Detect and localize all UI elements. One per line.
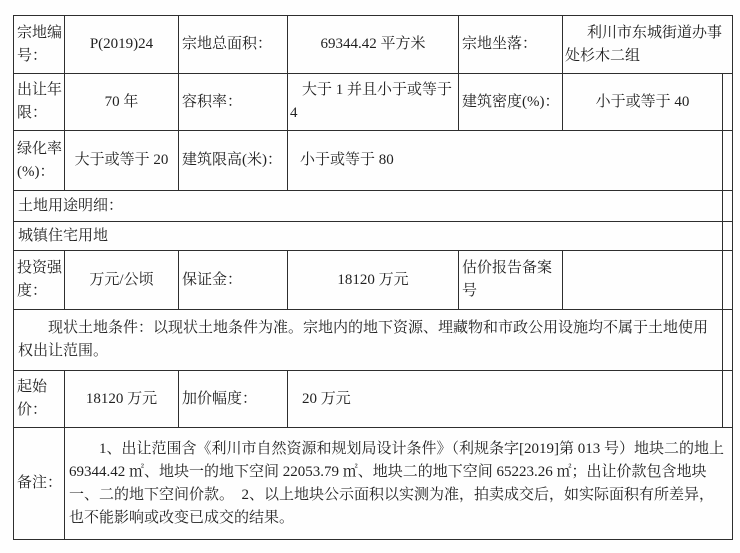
bid-increment-value: 20 万元 <box>288 371 723 428</box>
total-area-label: 宗地总面积： <box>179 16 288 74</box>
parcel-no-label: 宗地编号： <box>14 16 65 74</box>
narrow-spacer-cell <box>723 251 733 310</box>
land-parcel-info-table: 宗地编号： P(2019)24 宗地总面积： 69344.42 平方米 宗地坐落… <box>13 15 733 540</box>
location-label: 宗地坐落： <box>459 16 563 74</box>
appraisal-record-no-label: 估价报告备案号 <box>459 251 563 310</box>
row-land-use-type: 城镇住宅用地 <box>14 222 733 251</box>
current-land-condition-text: 现状土地条件：以现状土地条件为准。宗地内的地下资源、埋藏物和市政公用设施均不属于… <box>14 310 723 371</box>
row-current-land-condition: 现状土地条件：以现状土地条件为准。宗地内的地下资源、埋藏物和市政公用设施均不属于… <box>14 310 733 371</box>
narrow-spacer-cell <box>723 191 733 222</box>
starting-price-label: 起始价： <box>14 371 65 428</box>
greening-rate-value: 大于或等于 20 <box>65 131 179 191</box>
row-greening-height: 绿化率(%)： 大于或等于 20 建筑限高(米)： 小于或等于 80 <box>14 131 733 191</box>
height-limit-value: 小于或等于 80 <box>288 131 723 191</box>
plot-ratio-label: 容积率： <box>179 74 288 131</box>
tenure-label: 出让年限： <box>14 74 65 131</box>
row-investment-deposit: 投资强度： 万元/公顷 保证金： 18120 万元 估价报告备案号 <box>14 251 733 310</box>
narrow-spacer-cell <box>723 310 733 371</box>
investment-intensity-label: 投资强度： <box>14 251 65 310</box>
land-use-detail-label: 土地用途明细： <box>14 191 723 222</box>
height-limit-label: 建筑限高(米)： <box>179 131 288 191</box>
land-use-type-value: 城镇住宅用地 <box>14 222 723 251</box>
row-parcel-identity: 宗地编号： P(2019)24 宗地总面积： 69344.42 平方米 宗地坐落… <box>14 16 733 74</box>
remarks-text: 1、出让范围含《利川市自然资源和规划局设计条件》（利规条字[2019]第 013… <box>65 428 733 540</box>
total-area-value: 69344.42 平方米 <box>288 16 459 74</box>
tenure-value: 70 年 <box>65 74 179 131</box>
narrow-spacer-cell <box>723 131 733 191</box>
row-starting-price: 起始价： 18120 万元 加价幅度： 20 万元 <box>14 371 733 428</box>
starting-price-value: 18120 万元 <box>65 371 179 428</box>
bid-increment-label: 加价幅度： <box>179 371 288 428</box>
location-value: 利川市东城街道办事处杉木二组 <box>563 16 733 74</box>
row-remarks: 备注： 1、出让范围含《利川市自然资源和规划局设计条件》（利规条字[2019]第… <box>14 428 733 540</box>
plot-ratio-value: 大于 1 并且小于或等于 4 <box>288 74 459 131</box>
parcel-no-value: P(2019)24 <box>65 16 179 74</box>
narrow-spacer-cell <box>723 74 733 131</box>
deposit-value: 18120 万元 <box>288 251 459 310</box>
deposit-label: 保证金： <box>179 251 288 310</box>
greening-rate-label: 绿化率(%)： <box>14 131 65 191</box>
building-density-value: 小于或等于 40 <box>563 74 723 131</box>
appraisal-record-no-value <box>563 251 723 310</box>
land-parcel-notice-page: 宗地编号： P(2019)24 宗地总面积： 69344.42 平方米 宗地坐落… <box>0 0 740 553</box>
narrow-spacer-cell <box>723 371 733 428</box>
remarks-label: 备注： <box>14 428 65 540</box>
investment-intensity-value: 万元/公顷 <box>65 251 179 310</box>
row-tenure-ratio-density: 出让年限： 70 年 容积率： 大于 1 并且小于或等于 4 建筑密度(%)： … <box>14 74 733 131</box>
row-land-use-detail-header: 土地用途明细： <box>14 191 733 222</box>
building-density-label: 建筑密度(%)： <box>459 74 563 131</box>
narrow-spacer-cell <box>723 222 733 251</box>
